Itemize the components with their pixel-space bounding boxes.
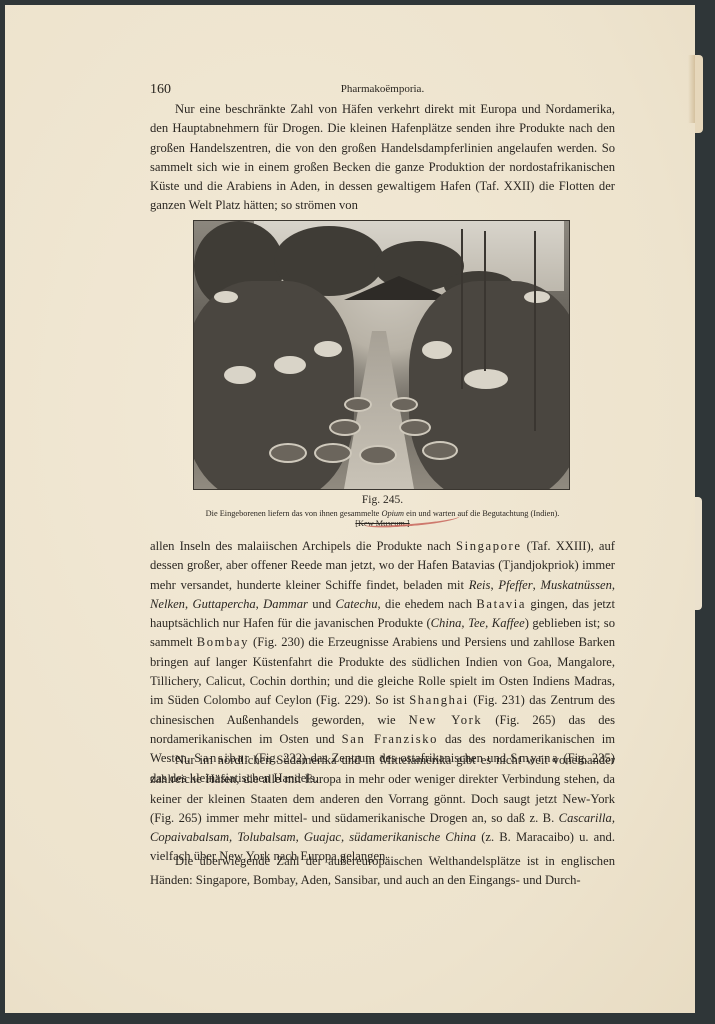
running-title: Pharmakoëmporia.	[150, 83, 615, 95]
photo-turban	[422, 341, 452, 359]
caption-text: Die Eingeborenen liefern das von ihnen g…	[206, 509, 382, 518]
page-header: 160 Pharmakoëmporia.	[150, 82, 615, 98]
paragraph-3: Nur im nördlichen Südamerika und in Mitt…	[150, 751, 615, 867]
photo-bowl	[359, 445, 397, 465]
photo-turban	[224, 366, 256, 384]
page-edge-tab	[695, 55, 703, 133]
paragraph-4: Die überwiegende Zahl der außereuropäisc…	[150, 852, 615, 891]
photo-bowl	[399, 419, 431, 436]
photo-pole	[484, 231, 486, 371]
photo-bowl	[329, 419, 361, 436]
place-singapore: Singapore	[456, 539, 521, 553]
photo-bowl	[344, 397, 372, 412]
photo-bowl	[390, 397, 418, 412]
page-edge-tab	[695, 497, 702, 610]
figure-photograph	[193, 220, 570, 490]
place-bombay: Bombay	[197, 635, 249, 649]
photo-turban	[524, 291, 550, 303]
photo-turban	[274, 356, 306, 374]
photo-turban	[464, 369, 508, 389]
paragraph-1: Nur eine beschränkte Zahl von Häfen verk…	[150, 100, 615, 216]
place-sanfranzisko: San Franzisko	[342, 732, 438, 746]
place-shanghai: Shanghai	[409, 693, 469, 707]
figure-label: Fig. 245.	[150, 494, 615, 506]
photo-turban	[214, 291, 238, 303]
photo-bowl	[269, 443, 307, 463]
photo-turban	[314, 341, 342, 357]
photo-bowl	[314, 443, 352, 463]
photo-bowl	[422, 441, 458, 460]
place-batavia: Batavia	[476, 597, 526, 611]
place-newyork: New York	[409, 713, 483, 727]
photo-pole	[461, 229, 463, 389]
photo-pole	[534, 231, 536, 431]
